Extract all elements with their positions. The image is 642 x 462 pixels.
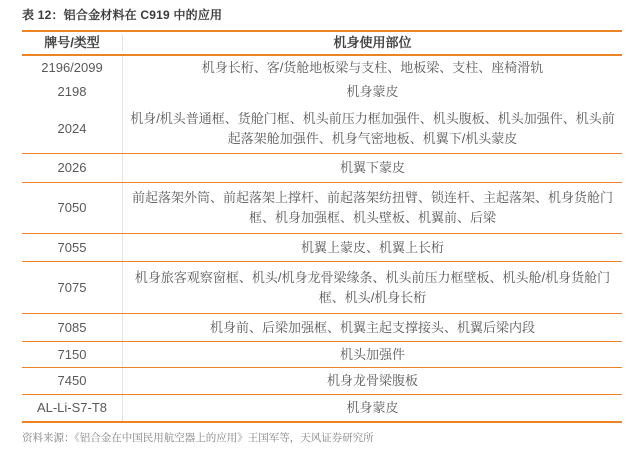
grade-cell: 7450 (22, 368, 123, 394)
table-row: 7075 机身旅客观察窗框、机头/机身龙骨梁缘条、机头前压力框壁板、机头舱/机身… (22, 262, 622, 314)
table-title: 表 12：铝合金材料在 C919 中的应用 (22, 8, 622, 22)
usage-cell: 机身/机头普通框、货舱门框、机头前压力框加强件、机头腹板、机头加强件、机头前起落… (123, 104, 622, 153)
grade-cell: 7055 (22, 234, 123, 261)
grade-cell: AL-Li-S7-T8 (22, 395, 123, 421)
alloy-usage-table: 牌号/类型 机身使用部位 2196/2099 机身长桁、客/货舱地板梁与支柱、地… (22, 30, 622, 423)
usage-cell: 前起落架外筒、前起落架上撑杆、前起落架纺扭臂、锁连杆、主起落架、机身货舱门框、机… (123, 183, 622, 233)
source-note: 资料来源：《铝合金在中国民用航空器上的应用》王国军等，天风证券研究所 (22, 432, 622, 445)
grade-cell: 2024 (22, 104, 123, 153)
grade-cell: 7150 (22, 342, 123, 367)
usage-cell: 机身蒙皮 (123, 395, 622, 421)
grade-cell: 7050 (22, 183, 123, 233)
usage-cell: 机身长桁、客/货舱地板梁与支柱、地板梁、支柱、座椅滑轨 (123, 56, 622, 80)
table-row: 2026 机翼下蒙皮 (22, 154, 622, 183)
grade-cell: 2026 (22, 154, 123, 182)
grade-cell: 2196/2099 (22, 56, 123, 80)
grade-cell: 2198 (22, 80, 123, 104)
header-fuselage-usage: 机身使用部位 (123, 35, 622, 51)
header-grade-type: 牌号/类型 (22, 35, 123, 51)
table-row: 7085 机身前、后梁加强框、机翼主起支撑接头、机翼后梁内段 (22, 314, 622, 342)
usage-cell: 机身旅客观察窗框、机头/机身龙骨梁缘条、机头前压力框壁板、机头舱/机身货舱门框、… (123, 262, 622, 313)
table-row: 2196/2099 机身长桁、客/货舱地板梁与支柱、地板梁、支柱、座椅滑轨 (22, 56, 622, 80)
table-row: AL-Li-S7-T8 机身蒙皮 (22, 395, 622, 421)
table-row: 7450 机身龙骨梁腹板 (22, 368, 622, 395)
grade-cell: 7085 (22, 314, 123, 341)
table-row: 7150 机头加强件 (22, 342, 622, 368)
usage-cell: 机身蒙皮 (123, 80, 622, 104)
report-table-page: 表 12：铝合金材料在 C919 中的应用 牌号/类型 机身使用部位 2196/… (22, 8, 622, 445)
usage-cell: 机头加强件 (123, 342, 622, 367)
table-row: 2198 机身蒙皮 (22, 80, 622, 104)
table-header-row: 牌号/类型 机身使用部位 (22, 32, 622, 56)
table-row: 7050 前起落架外筒、前起落架上撑杆、前起落架纺扭臂、锁连杆、主起落架、机身货… (22, 183, 622, 234)
table-row: 2024 机身/机头普通框、货舱门框、机头前压力框加强件、机头腹板、机头加强件、… (22, 104, 622, 154)
table-row: 7055 机翼上蒙皮、机翼上长桁 (22, 234, 622, 262)
grade-cell: 7075 (22, 262, 123, 313)
usage-cell: 机身前、后梁加强框、机翼主起支撑接头、机翼后梁内段 (123, 314, 622, 341)
usage-cell: 机身龙骨梁腹板 (123, 368, 622, 394)
usage-cell: 机翼上蒙皮、机翼上长桁 (123, 234, 622, 261)
usage-cell: 机翼下蒙皮 (123, 154, 622, 182)
